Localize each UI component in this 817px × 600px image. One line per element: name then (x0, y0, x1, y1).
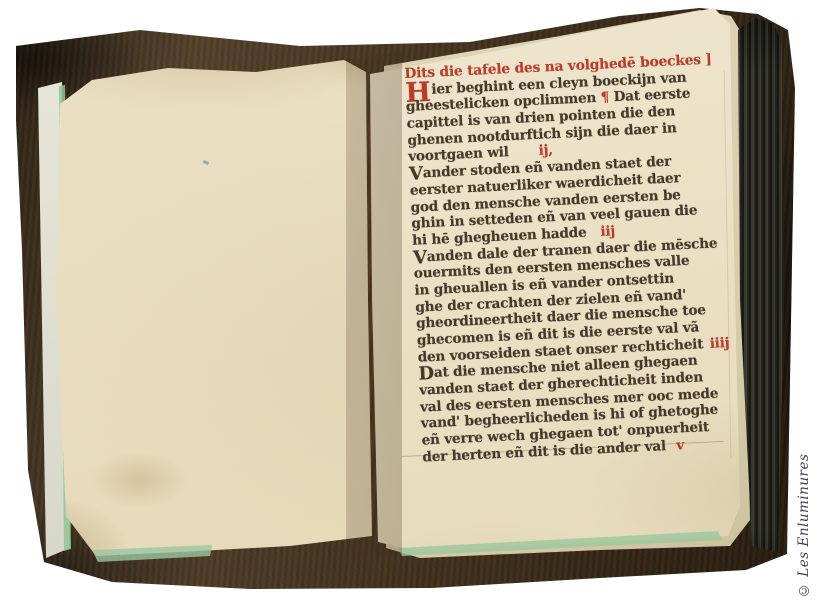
rubric-text: v (676, 437, 684, 453)
rubric-text: iiij (709, 335, 729, 352)
watermark-text: © Les Enluminures (793, 448, 815, 598)
rubric-text: ij, (538, 143, 553, 160)
rubric-text: iij (600, 223, 615, 240)
manuscript-photo: Dits die tafele des na volghedē boeckes … (0, 0, 817, 600)
ink-text: Dat eerste (609, 86, 691, 106)
manuscript-text-block: Dits die tafele des na volghedē boeckes … (404, 51, 745, 466)
